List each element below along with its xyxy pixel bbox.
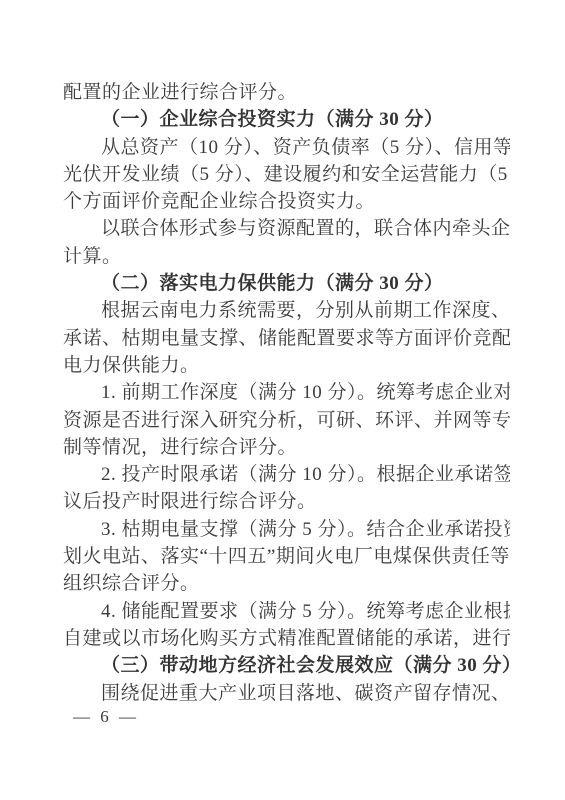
section-heading: （一）企业综合投资实力（满分 30 分） xyxy=(63,106,510,133)
text-line: 根据云南电力系统需要，分别从前期工作深度、投产时限 xyxy=(63,297,510,324)
text-line: 3. 枯期电量支撑（满分 5 分）。结合企业承诺投资建设已规 xyxy=(63,516,510,543)
text-line: 1. 前期工作深度（满分 10 分）。统筹考虑企业对片区光伏 xyxy=(63,379,510,406)
text-line: 自建或以市场化购买方式精准配置储能的承诺，进行综合评分。 xyxy=(63,625,510,652)
text-line: 承诺、枯期电量支撑、储能配置要求等方面评价竞配企业落实 xyxy=(63,325,510,352)
text-line: 电力保供能力。 xyxy=(63,352,510,379)
text-line: 以联合体形式参与资源配置的，联合体内牵头企业的指标 xyxy=(63,215,510,242)
text-line: 4. 储能配置要求（满分 5 分）。统筹考虑企业根据系统需要 xyxy=(63,598,510,625)
text-line: 制等情况，进行综合评分。 xyxy=(63,434,510,461)
page-number: — 6 — xyxy=(73,705,139,729)
text-line: 配置的企业进行综合评分。 xyxy=(63,79,510,106)
text-line: 围绕促进重大产业项目落地、碳资产留存情况、支持乡村 xyxy=(63,680,510,707)
text-line: 个方面评价竞配企业综合投资实力。 xyxy=(63,188,510,215)
text-line: 计算。 xyxy=(63,243,510,270)
text-line: 划火电站、落实“十四五”期间火电厂电煤保供责任等情况， xyxy=(63,543,510,570)
text-line: 2. 投产时限承诺（满分 10 分）。根据企业承诺签订开发协 xyxy=(63,461,510,488)
text-line: 光伏开发业绩（5 分）、建设履约和安全运营能力（5 分）等五 xyxy=(63,161,510,188)
document-text-block: 配置的企业进行综合评分。（一）企业综合投资实力（满分 30 分）从总资产（10 … xyxy=(63,79,510,707)
text-line: 从总资产（10 分）、资产负债率（5 分）、信用等级（5 分）、 xyxy=(63,134,510,161)
text-line: 组织综合评分。 xyxy=(63,570,510,597)
section-heading: （二）落实电力保供能力（满分 30 分） xyxy=(63,270,510,297)
text-line: 议后投产时限进行综合评分。 xyxy=(63,488,510,515)
text-line: 资源是否进行深入研究分析，可研、环评、并网等专题报告编 xyxy=(63,407,510,434)
section-heading: （三）带动地方经济社会发展效应（满分 30 分） xyxy=(63,652,510,679)
document-page: 配置的企业进行综合评分。（一）企业综合投资实力（满分 30 分）从总资产（10 … xyxy=(0,0,565,800)
